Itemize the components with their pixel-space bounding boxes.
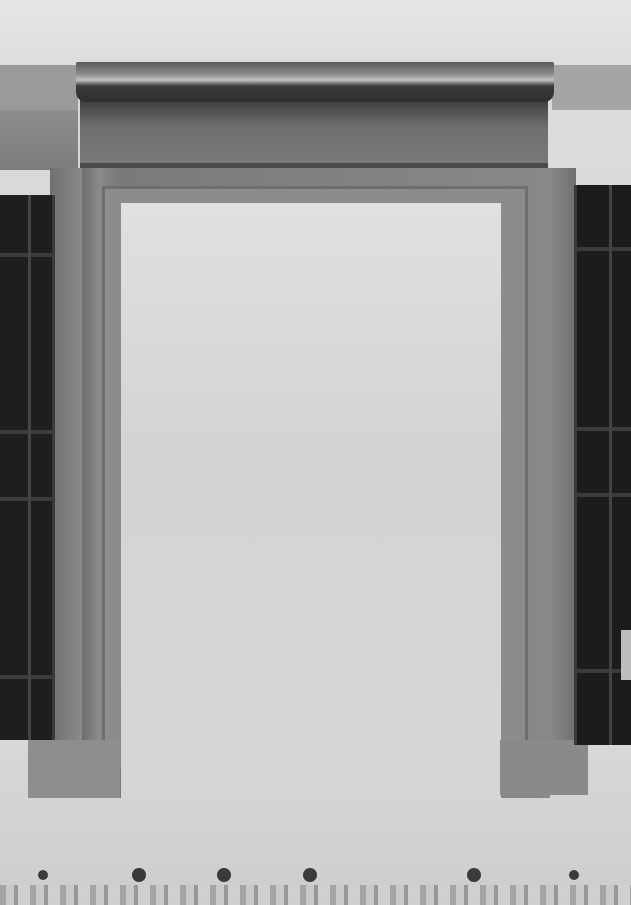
wall-hole (132, 868, 146, 882)
frieze (80, 100, 548, 168)
window-bar (577, 247, 631, 251)
plinth-left (28, 740, 120, 798)
wall-hole (569, 870, 579, 880)
cornice (76, 62, 554, 102)
window-bar-vertical (609, 185, 612, 745)
barred-window-right (574, 185, 631, 745)
window-bar (0, 497, 52, 501)
window-bar (0, 675, 52, 679)
pilaster-right (548, 168, 576, 748)
window-bar (577, 493, 631, 497)
window-bar (0, 430, 52, 434)
wall-right-patch (548, 110, 631, 168)
wall-hole (467, 868, 481, 882)
weeds (0, 885, 631, 905)
wall-hole (38, 870, 48, 880)
window-bar-vertical (28, 195, 31, 740)
window-bar (0, 253, 52, 257)
frieze-molding (80, 163, 548, 168)
wall-left-weathered (0, 110, 78, 170)
wall-hole (303, 868, 317, 882)
barred-window-left (0, 195, 55, 740)
string-course-right (552, 65, 631, 110)
window-bar (577, 427, 631, 431)
upper-wall (0, 0, 631, 68)
walled-up-infill (121, 203, 501, 798)
wall-hole (217, 868, 231, 882)
bottle (621, 630, 631, 680)
plinth-right (500, 740, 588, 795)
